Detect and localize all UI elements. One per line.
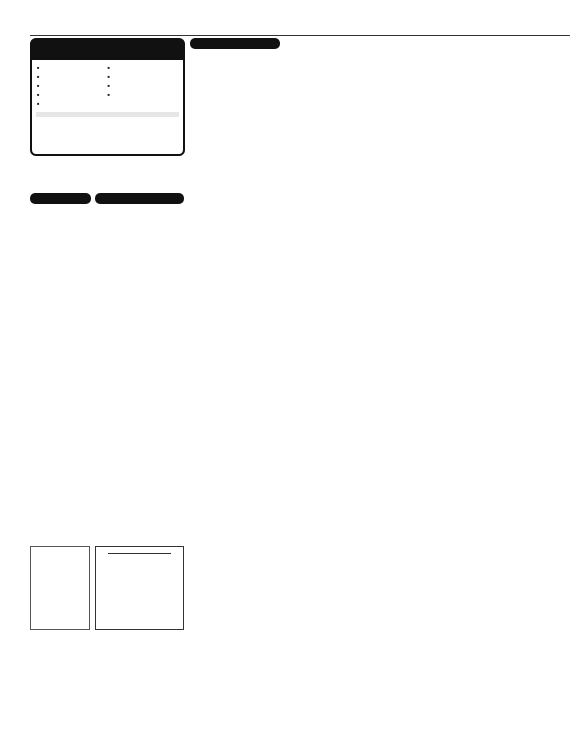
categories-title bbox=[32, 40, 183, 60]
robinson-ad bbox=[30, 546, 90, 630]
category-item bbox=[37, 64, 108, 72]
newspaper-page bbox=[0, 0, 580, 737]
divider bbox=[108, 553, 171, 554]
category-item bbox=[108, 64, 179, 72]
category-item bbox=[37, 82, 108, 90]
header-rule bbox=[30, 35, 570, 36]
section-banner-deaths bbox=[95, 193, 184, 204]
placing-notice-box bbox=[95, 546, 184, 630]
category-item bbox=[37, 73, 108, 81]
family-notice-categories-box bbox=[30, 38, 185, 156]
column-2 bbox=[95, 193, 184, 209]
column-1 bbox=[30, 193, 91, 209]
section-banner-deaths bbox=[30, 193, 91, 204]
category-item bbox=[108, 73, 179, 81]
category-item bbox=[108, 91, 179, 99]
column-3 bbox=[190, 38, 280, 54]
contact-offices bbox=[36, 112, 179, 117]
category-item bbox=[108, 82, 179, 90]
category-item bbox=[37, 100, 108, 108]
section-banner-deaths bbox=[190, 38, 280, 49]
categories-list bbox=[32, 60, 183, 110]
category-item bbox=[37, 91, 108, 99]
